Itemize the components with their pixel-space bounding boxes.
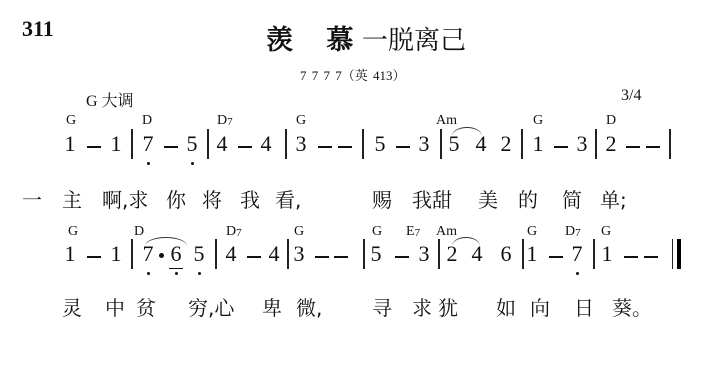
note-numeral: 1 xyxy=(525,241,539,267)
lyric-syllable: 日 xyxy=(574,292,594,321)
chord-symbol: G xyxy=(601,224,611,240)
barline xyxy=(131,239,133,269)
sustain-dash xyxy=(334,256,348,258)
note-numeral: 7 xyxy=(570,241,584,267)
chord-symbol: G xyxy=(372,224,382,240)
sustain-dash xyxy=(247,256,261,258)
barline xyxy=(215,239,217,269)
lyric-syllable: 卑 xyxy=(262,292,282,321)
lyric-syllable: 中 xyxy=(105,292,125,321)
note-numeral: 3 xyxy=(292,241,306,267)
chord-symbol: D xyxy=(134,224,144,240)
barline xyxy=(363,239,365,269)
lyric-syllable: 求 xyxy=(412,292,432,321)
lyric-syllable: 贫 xyxy=(136,292,156,321)
note-numeral: 1 xyxy=(600,241,614,267)
octave-dot-below xyxy=(175,272,178,275)
sustain-dash xyxy=(315,256,329,258)
final-barline-thin xyxy=(672,239,673,269)
chord-symbol: G xyxy=(294,224,304,240)
chord-symbol: D7 xyxy=(226,224,242,240)
eighth-underline xyxy=(169,268,183,269)
chord-symbol: G xyxy=(527,224,537,240)
final-barline-thick xyxy=(677,239,681,269)
note-numeral: 4 xyxy=(224,241,238,267)
note-numeral: 5 xyxy=(192,241,206,267)
sustain-dash xyxy=(87,256,101,258)
note-numeral: 1 xyxy=(63,241,77,267)
score-line-2: GDD7GGE7AmGD7G1176544353246171灵中贫穷,心卑微,寻… xyxy=(0,0,725,365)
note-numeral: 5 xyxy=(369,241,383,267)
chord-symbol: G xyxy=(68,224,78,240)
chord-symbol: D7 xyxy=(565,224,581,240)
octave-dot-below xyxy=(198,272,201,275)
barline xyxy=(287,239,289,269)
lyric-syllable: 灵 xyxy=(62,292,82,321)
octave-dot-below xyxy=(147,272,150,275)
chord-symbol: E7 xyxy=(406,224,420,240)
sustain-dash xyxy=(644,256,658,258)
lyric-syllable: 寻 xyxy=(372,292,392,321)
barline xyxy=(438,239,440,269)
octave-dot-below xyxy=(576,272,579,275)
note-numeral: 4 xyxy=(267,241,281,267)
lyric-syllable: 微, xyxy=(296,292,322,321)
lyric-syllable: 向 xyxy=(530,292,550,321)
augmentation-dot xyxy=(159,253,164,258)
note-numeral: 3 xyxy=(417,241,431,267)
barline xyxy=(593,239,595,269)
slur-tie xyxy=(452,237,480,246)
lyric-syllable: 犹 xyxy=(438,292,458,321)
lyric-syllable: 如 xyxy=(496,292,516,321)
sustain-dash xyxy=(624,256,638,258)
lyric-syllable: 穷,心 xyxy=(188,292,234,321)
barline xyxy=(522,239,524,269)
note-numeral: 6 xyxy=(499,241,513,267)
lyric-syllable: 葵。 xyxy=(612,292,652,321)
chord-symbol: Am xyxy=(436,224,457,240)
slur-tie xyxy=(145,237,187,246)
sustain-dash xyxy=(549,256,563,258)
note-numeral: 1 xyxy=(109,241,123,267)
sustain-dash xyxy=(395,256,409,258)
